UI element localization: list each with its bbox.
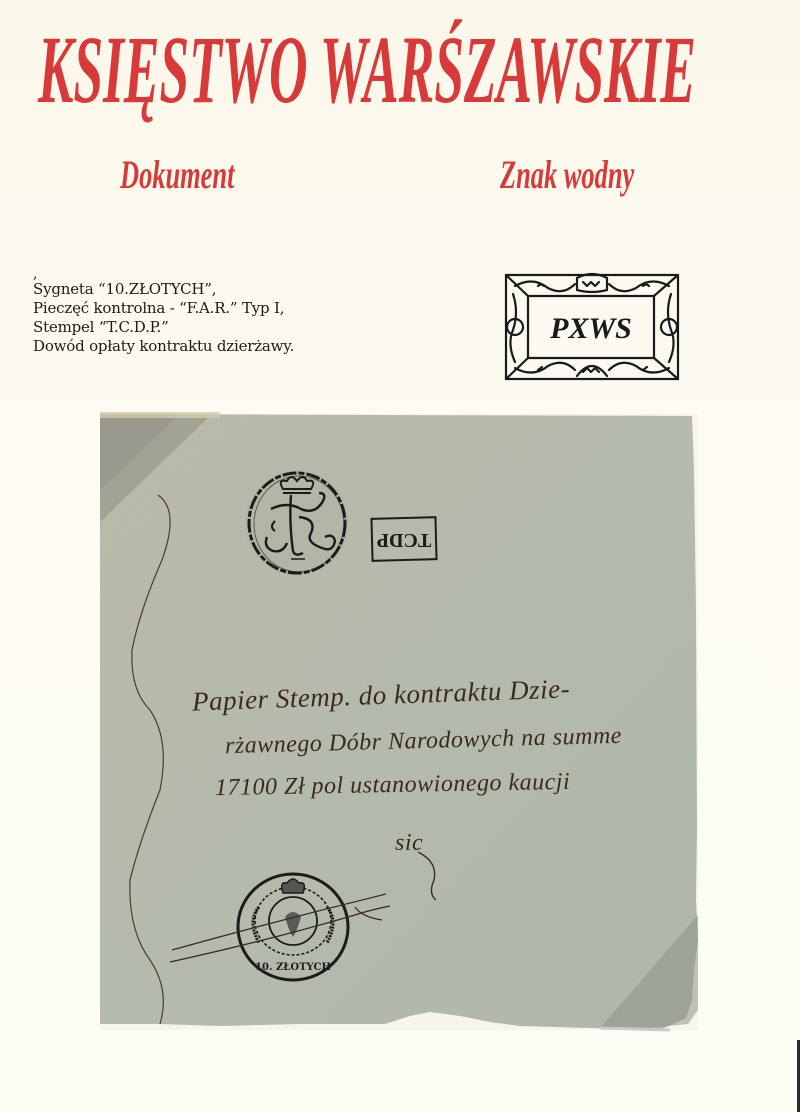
watermark-letters: PXWS bbox=[549, 312, 632, 345]
historical-document: TCDP 10. ZŁOTYCH Papier Stemp. do kontra… bbox=[100, 410, 698, 1035]
royal-monogram-seal-icon bbox=[245, 470, 349, 576]
description: , Sygneta “10.ZŁOTYCH”, Pieczęć kontroln… bbox=[33, 270, 453, 356]
watermark-heading: Znak wodny bbox=[500, 150, 634, 200]
document-heading: Dokument bbox=[120, 150, 234, 200]
ornamental-frame-icon: PXWS bbox=[503, 272, 681, 382]
album-page: KSIĘSTWO WARŚZAWSKIE Dokument Znak wodny… bbox=[0, 0, 800, 1112]
description-line: Dowód opłaty kontraktu dzierżawy. bbox=[33, 337, 453, 356]
stamp-text: TCDP bbox=[377, 529, 431, 551]
seal-bottom-label: 10. ZŁOTYCH bbox=[255, 962, 331, 973]
description-line: Pieczęć kontrolna - “F.A.R.” Typ I, bbox=[33, 299, 453, 318]
handwriting-line: sic bbox=[395, 830, 423, 857]
page-title: KSIĘSTWO WARŚZAWSKIE bbox=[38, 22, 778, 117]
description-line: Stempel “T.C.D.P.” bbox=[33, 318, 453, 337]
watermark-illustration: PXWS bbox=[503, 272, 681, 382]
description-mark: , bbox=[33, 270, 453, 280]
description-line: Sygneta “10.ZŁOTYCH”, bbox=[33, 280, 453, 299]
page-title-text: KSIĘSTWO WARŚZAWSKIE bbox=[38, 22, 696, 117]
